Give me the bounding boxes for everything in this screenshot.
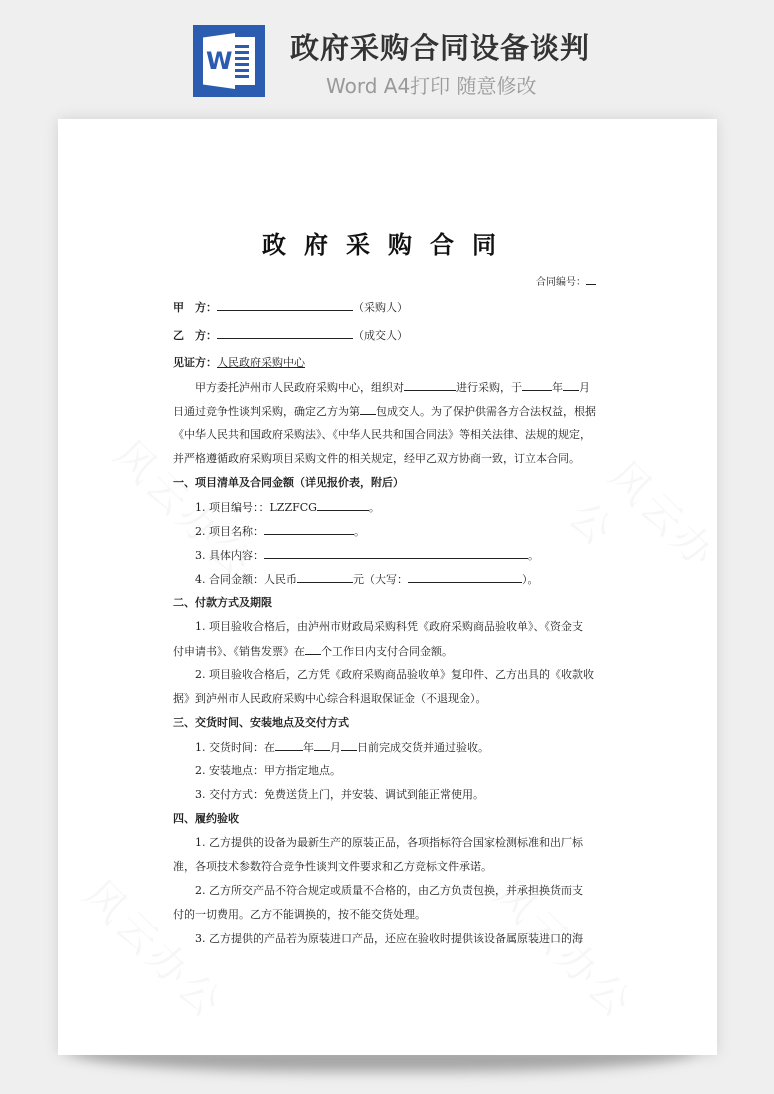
blank-field[interactable] — [314, 739, 330, 751]
section-2-item-2-line-1: 2. 项目验收合格后，乙方凭《政府采购商品验收单》复印件、乙方出具的《收款收 — [173, 667, 594, 683]
party-b-field[interactable] — [217, 327, 353, 339]
section-2-item-1-line-2: 付申请书》、《销售发票》在个工作日内支付合同金额。 — [173, 643, 453, 660]
section-2-item-1-line-1: 1. 项目验收合格后，由泸州市财政局采购科凭《政府采购商品验收单》、《资金支 — [173, 619, 583, 635]
section-1-item-2: 2. 项目名称：。 — [195, 523, 365, 540]
blank-field[interactable] — [305, 643, 321, 655]
section-3-item-3: 3. 交付方式：免费送货上门，并安装、调试到能正常使用。 — [195, 787, 484, 803]
document-title: 政府采购合同 — [173, 225, 603, 260]
word-w-letter: W — [206, 47, 232, 75]
text: ）。 — [522, 573, 539, 586]
blank-field[interactable] — [360, 403, 376, 415]
section-heading-4: 四、履约验收 — [173, 811, 239, 827]
blank-field[interactable] — [264, 523, 354, 535]
section-heading-2: 二、付款方式及期限 — [173, 595, 272, 611]
intro-line-4: 并严格遵循政府采购项目采购文件的相关规定，经甲乙双方协商一致，订立本合同。 — [173, 451, 580, 467]
blank-field[interactable] — [264, 547, 528, 559]
watermark: 风云办公 — [558, 447, 737, 626]
section-3-item-1: 1. 交货时间：在年月日前完成交货并通过验收。 — [195, 739, 489, 756]
section-4-item-1-line-1: 1. 乙方提供的设备为最新生产的原装正品，各项指标符合国家检测标准和出厂标 — [173, 835, 583, 851]
text: 。 — [369, 501, 380, 514]
word-document-icon: W — [193, 25, 265, 97]
text: 包成交人。为了保护供需各方合法权益，根据 — [376, 405, 596, 418]
text: 2. 项目名称： — [195, 525, 264, 538]
text: 4. 合同金额：人民币 — [195, 573, 297, 586]
witness-value: 人民政府采购中心 — [217, 356, 305, 369]
party-b-line: 乙 方：（成交人） — [173, 327, 408, 344]
intro-line-3: 《中华人民共和国政府采购法》、《中华人民共和国合同法》等相关法律、法规的规定， — [173, 427, 591, 443]
section-2-item-2-line-2: 据》到泸州市人民政府采购中心综合科退取保证金（不退现金）。 — [173, 691, 487, 707]
section-3-item-2: 2. 安装地点：甲方指定地点。 — [195, 763, 341, 779]
text: 日前完成交货并通过验收。 — [357, 741, 489, 754]
witness-line: 见证方：人民政府采购中心 — [173, 355, 305, 371]
text: 年 — [552, 381, 563, 394]
party-a-field[interactable] — [217, 299, 353, 311]
blank-field[interactable] — [586, 273, 596, 285]
party-a-label: 甲 方： — [173, 301, 217, 314]
text: 个工作日内支付合同金额。 — [321, 645, 453, 658]
section-4-item-3-line-1: 3. 乙方提供的产品若为原装进口产品，还应在验收时提供该设备属原装进口的海 — [173, 931, 583, 947]
section-1-item-1: 1. 项目编号：：LZZFCG。 — [195, 499, 380, 516]
blank-field[interactable] — [563, 379, 579, 391]
section-4-item-2-line-1: 2. 乙方所交产品不符合规定或质量不合格的，由乙方负责包换，并承担换货而支 — [173, 883, 583, 899]
contract-number-label: 合同编号： — [536, 277, 586, 288]
intro-line-1: 甲方委托泸州市人民政府采购中心，组织对进行采购，于年月 — [173, 379, 590, 396]
intro-line-2: 日通过竞争性谈判采购，确定乙方为第包成交人。为了保护供需各方合法权益，根据 — [173, 403, 596, 420]
section-1-item-4: 4. 合同金额：人民币元（大写：）。 — [195, 571, 539, 588]
text: 月 — [579, 381, 590, 394]
text: 。 — [528, 549, 539, 562]
text: 1. 项目编号：：LZZFCG — [195, 501, 317, 514]
banner-subtitle: Word A4打印 随意修改 — [326, 70, 537, 99]
text: 月 — [330, 741, 341, 754]
blank-field[interactable] — [317, 499, 369, 511]
document-page: 风云办公 风云办公 风云办公 风云办公 政府采购合同 合同编号： 甲 方：（采购… — [58, 119, 717, 1055]
text: 1. 交货时间：在 — [195, 741, 275, 754]
text: 。 — [354, 525, 365, 538]
banner-header: W 政府采购合同设备谈判 Word A4打印 随意修改 — [0, 0, 774, 112]
witness-label: 见证方： — [173, 356, 217, 369]
text: 元（大写： — [353, 573, 408, 586]
party-a-role: （采购人） — [353, 301, 408, 314]
section-4-item-2-line-2: 付的一切费用。乙方不能调换的，按不能交货处理。 — [173, 907, 426, 923]
blank-field[interactable] — [408, 571, 522, 583]
text: 进行采购，于 — [456, 381, 522, 394]
party-b-role: （成交人） — [353, 329, 408, 342]
blank-field[interactable] — [297, 571, 353, 583]
text: 3. 具体内容： — [195, 549, 264, 562]
text: 甲方委托泸州市人民政府采购中心，组织对 — [195, 381, 404, 394]
section-1-item-3: 3. 具体内容：。 — [195, 547, 539, 564]
blank-field[interactable] — [522, 379, 552, 391]
section-heading-1: 一、项目清单及合同金额（详见报价表，附后） — [173, 475, 404, 491]
text: 日通过竞争性谈判采购，确定乙方为第 — [173, 405, 360, 418]
section-4-item-1-line-2: 准，各项技术参数符合竞争性谈判文件要求和乙方竞标文件承诺。 — [173, 859, 492, 875]
party-b-label: 乙 方： — [173, 329, 217, 342]
blank-field[interactable] — [404, 379, 456, 391]
blank-field[interactable] — [275, 739, 303, 751]
banner-title: 政府采购合同设备谈判 — [290, 26, 590, 67]
section-heading-3: 三、交货时间、安装地点及交付方式 — [173, 715, 349, 731]
text: 付申请书》、《销售发票》在 — [173, 645, 305, 658]
contract-number: 合同编号： — [536, 273, 596, 291]
text: 年 — [303, 741, 314, 754]
party-a-line: 甲 方：（采购人） — [173, 299, 408, 316]
blank-field[interactable] — [341, 739, 357, 751]
